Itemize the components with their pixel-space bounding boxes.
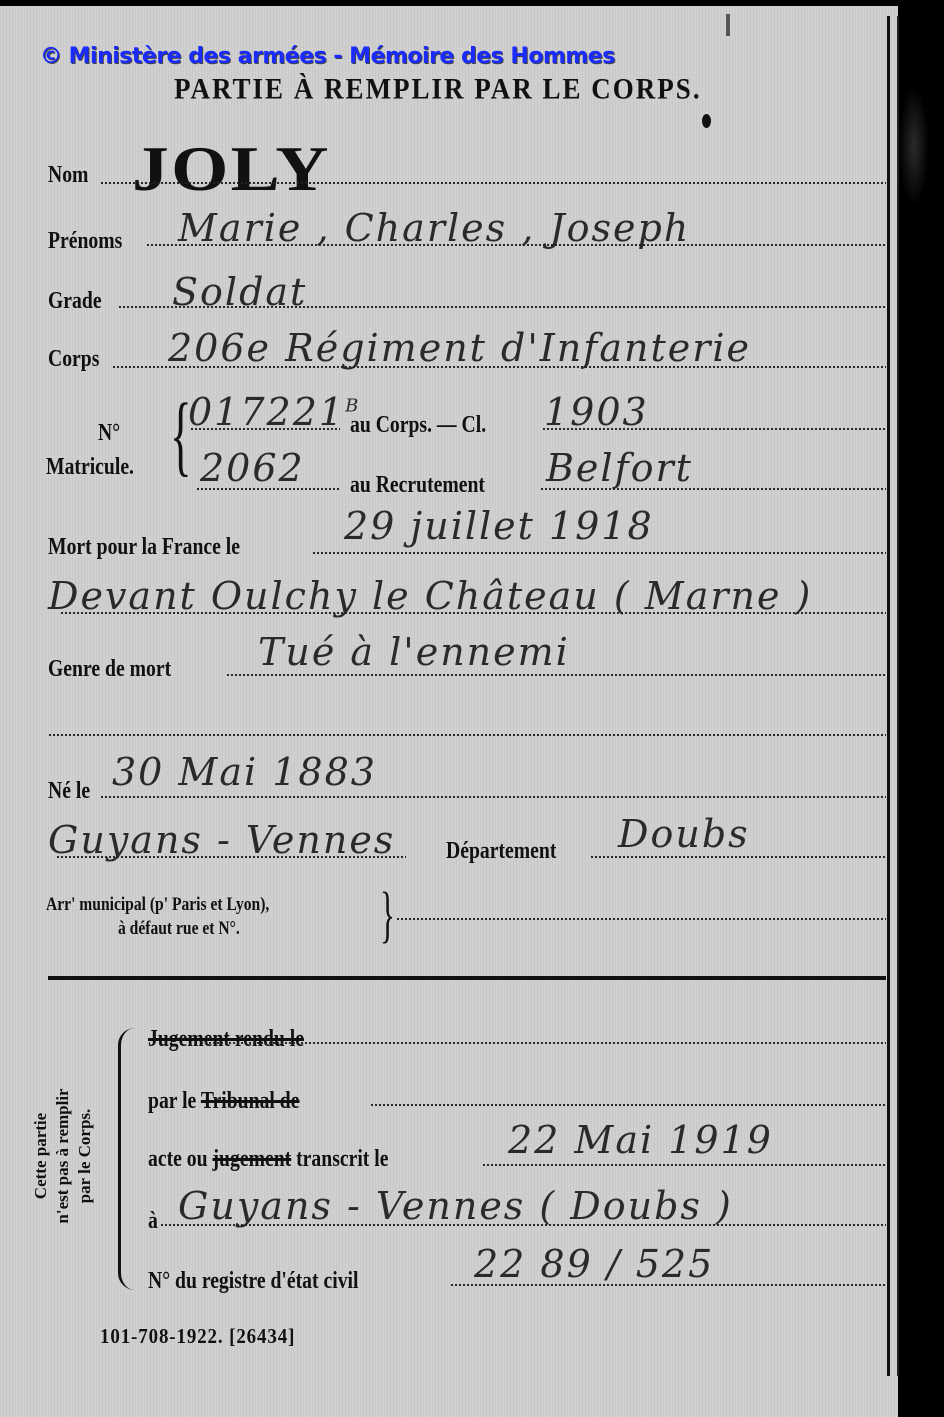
form-header: PARTIE À REMPLIR PAR LE CORPS. [174,72,702,106]
acte-value: 22 Mai 1919 [508,1118,773,1162]
form-reference: 101-708-1922. [26434] [100,1324,295,1349]
classe-line [542,428,886,430]
recrutement-value: Belfort [546,446,693,490]
departement-label: Département [446,838,556,865]
mort-label: Mort pour la France le [48,534,240,561]
genre-mort-value: Tué à l'ennemi [258,630,570,674]
matricule-corps-line [190,428,340,430]
registre-value: 22 89 / 525 [474,1242,714,1286]
nom-line [100,182,886,184]
tribunal-line [370,1104,886,1106]
ink-mark [726,14,730,36]
corps-label: Corps [48,346,99,373]
nom-value: JOLY [132,132,331,206]
civil-brace [118,1028,135,1290]
mort-value: 29 juillet 1918 [344,504,654,548]
recrutement-line [540,488,886,490]
mort-line [312,552,886,554]
death-record-card: © Ministère des armées - Mémoire des Hom… [0,6,898,1417]
jugement-line [200,1042,886,1044]
recrutement-label: au Recrutement [350,472,485,499]
departement-value: Doubs [618,812,750,856]
acte-line [482,1164,886,1166]
arr-label-1: Arr' municipal (p' Paris et Lyon), [46,894,269,916]
departement-line [590,856,886,858]
genre-mort-line [226,674,886,676]
grade-label: Grade [48,288,102,315]
matricule-label: Matricule. [46,454,134,481]
civil-lieu-value: Guyans - Vennes ( Doubs ) [178,1184,733,1228]
prenoms-label: Prénoms [48,228,122,255]
ne-le-line [100,796,886,798]
scan-artifact [899,86,929,206]
arr-label-2: à défaut rue et N°. [118,918,240,940]
ne-a-line [56,856,406,858]
blank-line [48,734,886,736]
civil-lieu-line [160,1224,886,1226]
arr-line [396,918,886,920]
recrutement-no-line [196,488,340,490]
ink-dot [702,114,711,128]
ne-le-label: Né le [48,778,90,805]
border-rule [897,16,899,1376]
nom-label: Nom [48,162,88,189]
border-rule [887,16,890,1376]
jugement-label: Jugement rendu le [148,1026,304,1053]
ne-le-value: 30 Mai 1883 [112,750,377,794]
prenoms-line [146,244,886,246]
copyright-watermark: © Ministère des armées - Mémoire des Hom… [40,44,615,69]
acte-label: acte ou jugement transcrit le [148,1146,388,1173]
genre-mort-label: Genre de mort [48,656,171,683]
corps-value: 206e Régiment d'Infanterie [168,326,751,370]
side-note: Cette partie n'est pas à remplir par le … [30,1056,96,1256]
au-corps-label: au Corps. — Cl. [350,412,486,439]
registre-label: N° du registre d'état civil [148,1268,358,1295]
matricule-recrutement-value: 2062 [200,446,305,490]
grade-line [118,306,886,308]
registre-line [450,1284,886,1286]
lieu-mort-line [60,612,886,614]
civil-lieu-label: à [148,1208,158,1235]
arr-brace: } [380,880,395,951]
section-divider [48,976,886,980]
tribunal-label: par le Tribunal de [148,1088,299,1115]
matricule-no-label: N° [98,420,120,447]
corps-line [112,366,886,368]
